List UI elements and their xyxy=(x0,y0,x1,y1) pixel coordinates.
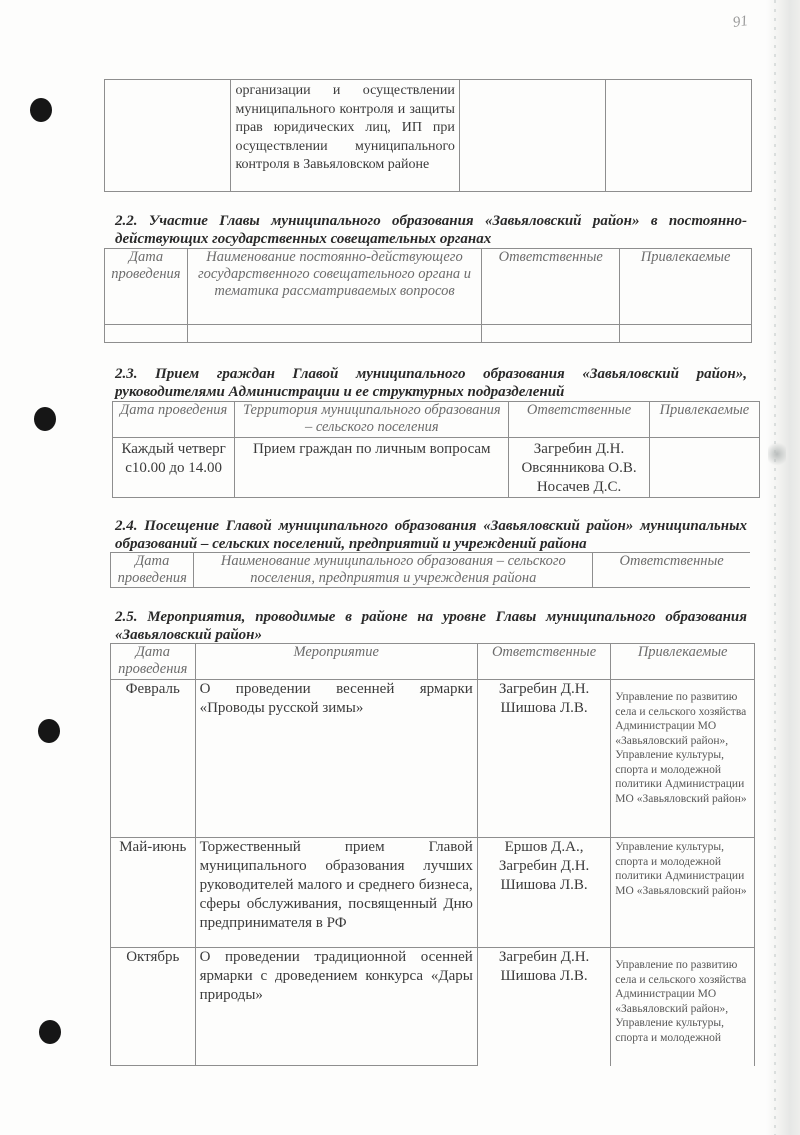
section-2-2-title: 2.2. Участие Главы муниципального образо… xyxy=(115,212,747,248)
row-event: О проведении традиционной осенней ярмарк… xyxy=(195,948,477,1066)
header-involved: Привлекаемые xyxy=(649,402,759,438)
table-row: Октябрь О проведении традиционной осенне… xyxy=(111,948,755,1066)
header-date: Дата проведения xyxy=(105,249,188,325)
binder-hole xyxy=(39,1020,61,1044)
header-responsible: Ответственные xyxy=(509,402,650,438)
binder-hole xyxy=(34,407,56,431)
header-event: Мероприятие xyxy=(195,644,477,680)
header-date: Дата проведения xyxy=(113,402,235,438)
empty-cell xyxy=(105,325,188,343)
row-responsible: Загребин Д.Н. Шишова Л.В. xyxy=(477,680,610,838)
empty-cell xyxy=(620,325,752,343)
scan-edge-shadow xyxy=(766,0,800,1135)
empty-cell xyxy=(187,325,481,343)
continued-cell-text: организации и осуществлении муниципально… xyxy=(231,80,459,192)
row-involved xyxy=(649,438,759,498)
table-row: Февраль О проведении весенней ярмарки «П… xyxy=(111,680,755,838)
header-date: Дата проведения xyxy=(111,644,196,680)
section-2-3-title: 2.3. Прием граждан Главой муниципального… xyxy=(115,365,747,401)
binder-hole xyxy=(30,98,52,122)
empty-cell xyxy=(459,80,605,192)
page-number: 91 xyxy=(732,13,749,32)
header-organization: Наименование муниципального образования … xyxy=(194,553,593,588)
row-date: Май-июнь xyxy=(111,838,196,948)
header-responsible: Ответственные xyxy=(477,644,610,680)
row-date: Февраль xyxy=(111,680,196,838)
empty-cell xyxy=(482,325,620,343)
row-responsible: Ершов Д.А., Загребин Д.Н. Шишова Л.В. xyxy=(477,838,610,948)
row-date: Каждый четверг с10.00 до 14.00 xyxy=(113,438,235,498)
row-date: Октябрь xyxy=(111,948,196,1066)
section-2-2-table: Дата проведения Наименование постоянно-д… xyxy=(104,248,752,343)
empty-cell xyxy=(605,80,751,192)
scan-smudge xyxy=(768,440,786,468)
row-responsible: Загребин Д.Н. Овсянникова О.В. Носачев Д… xyxy=(509,438,650,498)
header-organ: Наименование постоянно-действующего госу… xyxy=(187,249,481,325)
section-2-5-title: 2.5. Мероприятия, проводимые в районе на… xyxy=(115,608,747,644)
section-2-4-table: Дата проведения Наименование муниципальн… xyxy=(110,552,750,588)
header-responsible: Ответственные xyxy=(593,553,750,588)
header-involved: Привлекаемые xyxy=(611,644,755,680)
table-row: Май-июнь Торжественный прием Главой муни… xyxy=(111,838,755,948)
header-territory: Территория муниципального образования – … xyxy=(235,402,509,438)
header-involved: Привлекаемые xyxy=(620,249,752,325)
row-event: О проведении весенней ярмарки «Проводы р… xyxy=(195,680,477,838)
continued-table: организации и осуществлении муниципально… xyxy=(104,79,752,192)
header-date: Дата проведения xyxy=(111,553,194,588)
binder-hole xyxy=(38,719,60,743)
row-responsible: Загребин Д.Н. Шишова Л.В. xyxy=(477,948,610,1066)
section-2-5-table: Дата проведения Мероприятие Ответственны… xyxy=(110,643,755,1066)
table-row: Каждый четверг с10.00 до 14.00 Прием гра… xyxy=(113,438,760,498)
row-involved: Управление культуры, спорта и молодежной… xyxy=(611,838,755,948)
row-involved: Управление по развитию села и сельского … xyxy=(611,948,755,1066)
header-responsible: Ответственные xyxy=(482,249,620,325)
row-territory: Прием граждан по личным вопросам xyxy=(235,438,509,498)
row-involved: Управление по развитию села и сельского … xyxy=(611,680,755,838)
section-2-4-title: 2.4. Посещение Главой муниципального обр… xyxy=(115,517,747,553)
section-2-3-table: Дата проведения Территория муниципальног… xyxy=(112,401,760,498)
empty-cell xyxy=(105,80,231,192)
row-event: Торжественный прием Главой муниципальног… xyxy=(195,838,477,948)
